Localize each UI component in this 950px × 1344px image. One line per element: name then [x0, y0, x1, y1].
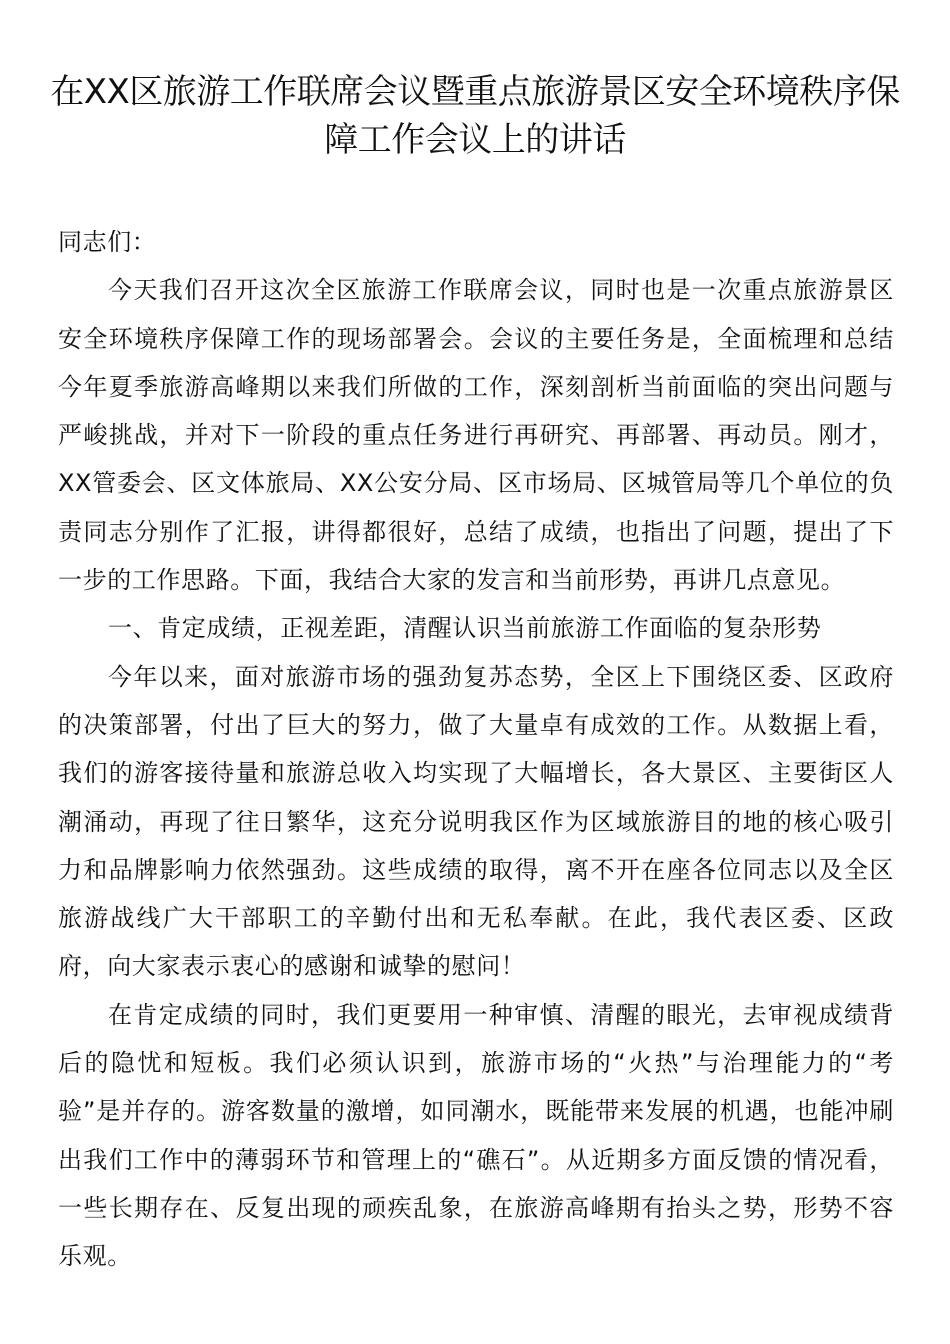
- document-title: 在XX区旅游工作联席会议暨重点旅游景区安全环境秩序保障工作会议上的讲话: [40, 68, 910, 164]
- paragraph-intro: 今天我们召开这次全区旅游工作联席会议，同时也是一次重点旅游景区安全环境秩序保障工…: [58, 266, 894, 604]
- paragraph-achievements: 今年以来，面对旅游市场的强劲复苏态势，全区上下围绕区委、区政府的决策部署，付出了…: [58, 653, 894, 991]
- document-page: 在XX区旅游工作联席会议暨重点旅游景区安全环境秩序保障工作会议上的讲话 同志们：…: [0, 0, 950, 1344]
- paragraph-challenges: 在肯定成绩的同时，我们更要用一种审慎、清醒的眼光，去审视成绩背后的隐忧和短板。我…: [58, 991, 894, 1281]
- section-heading-1: 一、肯定成绩，正视差距，清醒认识当前旅游工作面临的复杂形势: [58, 604, 894, 652]
- document-body: 同志们： 今天我们召开这次全区旅游工作联席会议，同时也是一次重点旅游景区安全环境…: [58, 218, 894, 1281]
- salutation: 同志们：: [58, 218, 894, 266]
